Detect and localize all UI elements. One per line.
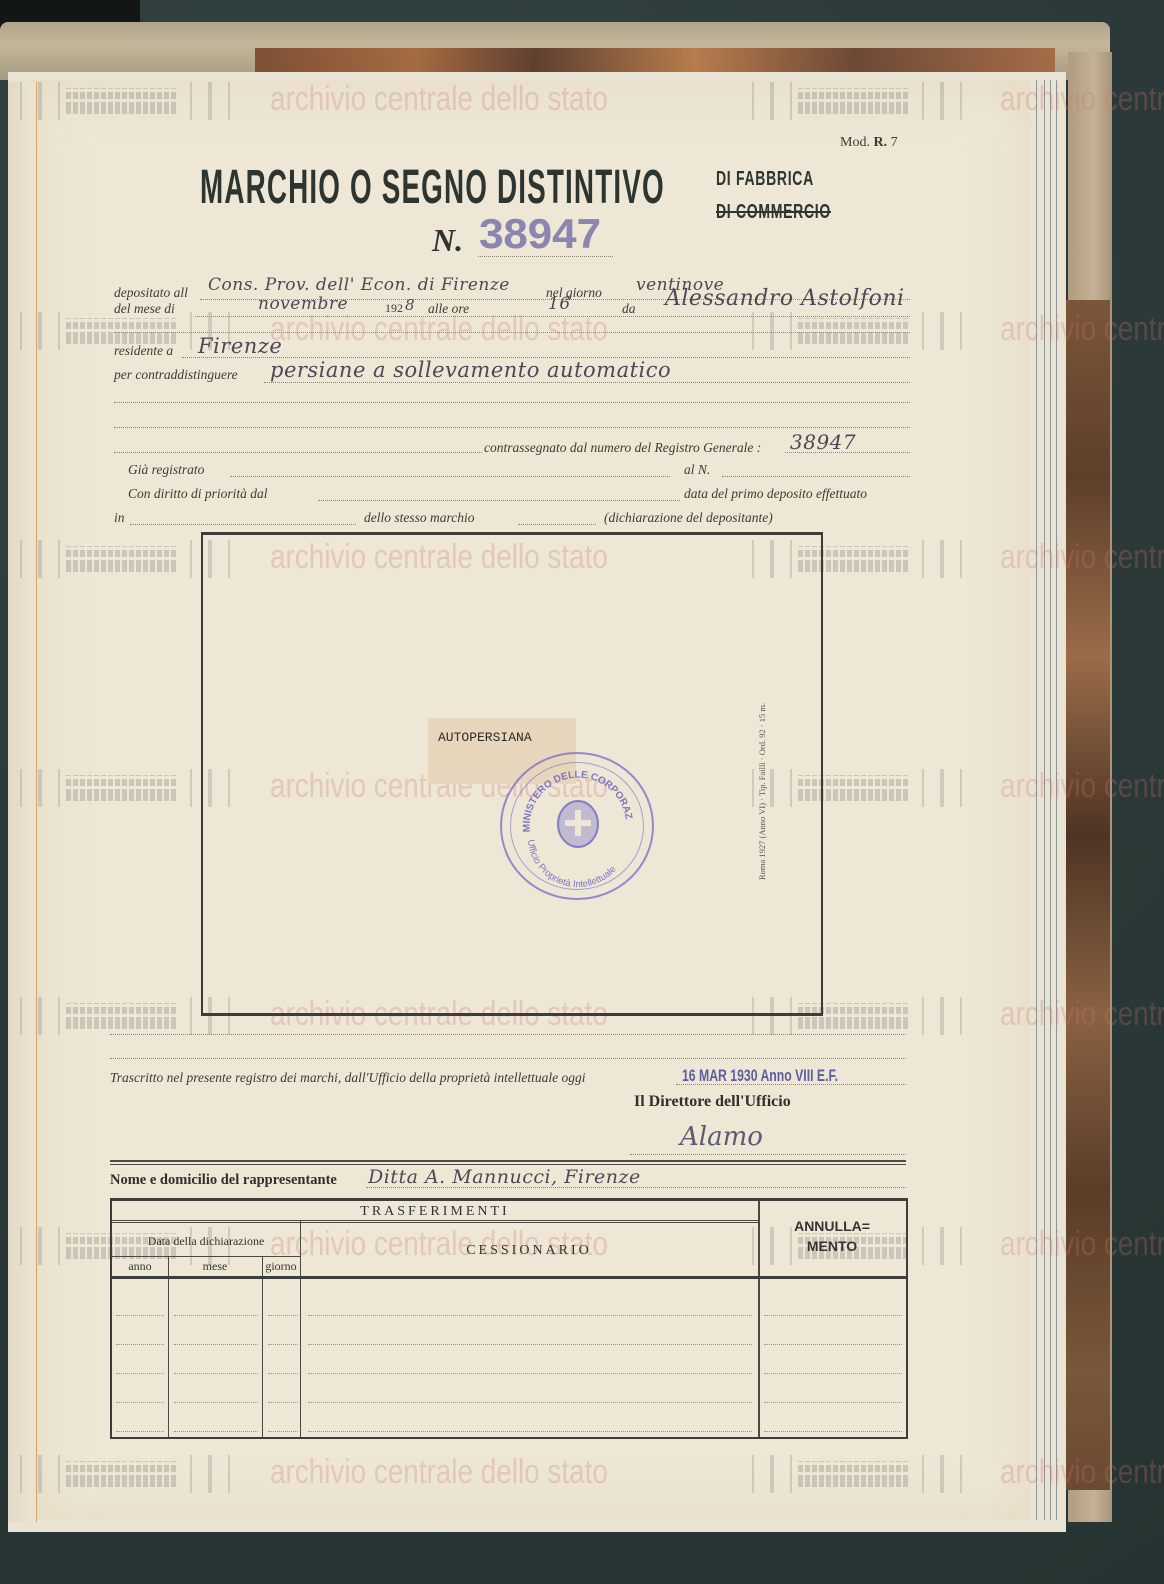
col-anno: anno bbox=[112, 1259, 168, 1274]
col-divider bbox=[168, 1256, 169, 1437]
blank-line bbox=[110, 1034, 906, 1035]
type-commercio-struck: DI COMMERCIO bbox=[716, 201, 831, 224]
month-label: del mese di bbox=[114, 301, 175, 317]
col-annullamento-1: ANNULLA= bbox=[758, 1218, 906, 1234]
declaration-line bbox=[518, 524, 596, 525]
archive-logo-icon bbox=[8, 82, 238, 122]
deposited-at-value[interactable]: Cons. Prov. dell' Econ. di Firenze bbox=[208, 275, 510, 295]
year-suffix[interactable]: 8 bbox=[405, 296, 415, 314]
transfers-table: TRASFERIMENTI Data della dichiarazione a… bbox=[110, 1198, 908, 1439]
col-cessionario: CESSIONARIO bbox=[300, 1243, 758, 1259]
watermark-text: archivio centrale dello stato bbox=[1000, 310, 1164, 349]
general-number-label: contrassegnato dal numero del Registro G… bbox=[484, 440, 761, 456]
deposited-at-label: depositato all bbox=[114, 285, 188, 301]
month-line bbox=[195, 316, 910, 317]
transfers-title: TRASFERIMENTI bbox=[112, 1204, 758, 1220]
priority-label: Con diritto di priorità dal bbox=[128, 486, 268, 502]
al-n-label: al N. bbox=[684, 462, 710, 478]
by-label: da bbox=[622, 301, 636, 317]
watermark-text: archivio centrale dello stato bbox=[1000, 1453, 1164, 1492]
type-fabbrica: DI FABBRICA bbox=[716, 168, 814, 191]
date-header: Data della dichiarazione bbox=[112, 1234, 300, 1249]
year-prefix: 192 bbox=[385, 301, 403, 316]
table-row-line[interactable] bbox=[174, 1431, 258, 1432]
table-row-line[interactable] bbox=[116, 1373, 164, 1374]
table-row-line[interactable] bbox=[764, 1344, 902, 1345]
declaration-label: (dichiarazione del depositante) bbox=[604, 510, 773, 526]
table-row-line[interactable] bbox=[764, 1315, 902, 1316]
director-label: Il Direttore dell'Ufficio bbox=[634, 1093, 791, 1111]
table-row-line[interactable] bbox=[308, 1402, 752, 1403]
table-row-line[interactable] bbox=[308, 1373, 752, 1374]
table-row-line[interactable] bbox=[764, 1402, 902, 1403]
table-row-line[interactable] bbox=[116, 1402, 164, 1403]
model-code: Mod. R. 7 bbox=[840, 135, 898, 151]
table-row-line[interactable] bbox=[174, 1315, 258, 1316]
archive-logo-icon bbox=[8, 1455, 238, 1495]
table-row-line[interactable] bbox=[308, 1344, 752, 1345]
general-number-line bbox=[785, 452, 910, 453]
table-row-line[interactable] bbox=[268, 1431, 298, 1432]
table-row-line[interactable] bbox=[174, 1402, 258, 1403]
in-line bbox=[130, 524, 356, 525]
first-deposit-label: data del primo deposito effettuato bbox=[684, 486, 867, 502]
model-code-prefix: Mod. bbox=[840, 135, 870, 150]
table-row-line[interactable] bbox=[116, 1315, 164, 1316]
trademark-text: AUTOPERSIANA bbox=[438, 730, 532, 745]
trademark-number-stamp: 38947 bbox=[478, 212, 600, 262]
section-divider bbox=[110, 1160, 906, 1165]
table-row-line[interactable] bbox=[116, 1431, 164, 1432]
blank-line bbox=[114, 332, 910, 333]
depositor-name[interactable]: Alessandro Astolfoni bbox=[665, 286, 905, 311]
in-label: in bbox=[114, 510, 125, 526]
purpose-label: per contraddistinguere bbox=[114, 367, 238, 383]
blank-line bbox=[114, 402, 910, 403]
col-annullamento-2: MENTO bbox=[758, 1238, 906, 1254]
watermark-text: archivio centrale dello stato bbox=[1000, 995, 1164, 1034]
marbled-edge-right bbox=[1060, 300, 1110, 1490]
col-mese: mese bbox=[168, 1259, 262, 1274]
purpose-value[interactable]: persiane a sollevamento automatico bbox=[270, 358, 671, 382]
title-divider bbox=[112, 1220, 758, 1223]
representative-line bbox=[366, 1187, 906, 1188]
purpose-line bbox=[264, 382, 910, 383]
archive-logo-icon bbox=[740, 1455, 970, 1495]
general-number-value[interactable]: 38947 bbox=[790, 430, 856, 454]
col-divider bbox=[262, 1256, 263, 1437]
model-code-number: 7 bbox=[891, 135, 898, 150]
archive-logo-icon bbox=[740, 82, 970, 122]
table-row-line[interactable] bbox=[174, 1373, 258, 1374]
table-row-line[interactable] bbox=[764, 1431, 902, 1432]
transcription-label: Trascritto nel presente registro dei mar… bbox=[110, 1070, 585, 1086]
table-row-line[interactable] bbox=[308, 1431, 752, 1432]
month-value[interactable]: novembre bbox=[258, 294, 348, 314]
al-n-line bbox=[722, 476, 910, 477]
table-row-line[interactable] bbox=[268, 1344, 298, 1345]
form-title: MARCHIO O SEGNO DISTINTIVO bbox=[200, 160, 665, 215]
number-prefix: N. bbox=[432, 222, 463, 259]
resident-value[interactable]: Firenze bbox=[198, 334, 282, 358]
printer-note: Roma 1927 (Anno VI) · Tip. Failli · Ord.… bbox=[757, 703, 767, 880]
watermark-text: archivio centrale dello stato bbox=[270, 1453, 608, 1492]
hour-value[interactable]: 16 bbox=[548, 294, 571, 314]
transcription-date-stamp: 16 MAR 1930 Anno VIII E.F. bbox=[682, 1066, 838, 1086]
watermark-text: archivio centrale dello stato bbox=[1000, 80, 1164, 119]
table-row-line[interactable] bbox=[268, 1315, 298, 1316]
table-row-line[interactable] bbox=[174, 1344, 258, 1345]
number-line bbox=[478, 256, 613, 257]
table-row-line[interactable] bbox=[116, 1344, 164, 1345]
blank-line bbox=[110, 1058, 906, 1059]
already-registered-label: Già registrato bbox=[128, 462, 204, 478]
col-giorno: giorno bbox=[262, 1259, 300, 1274]
ministry-stamp: MINISTERO DELLE CORPORAZIONI Ufficio Pro… bbox=[500, 752, 654, 900]
same-mark-label: dello stesso marchio bbox=[364, 510, 475, 526]
watermark-text: archivio centrale dello stato bbox=[270, 80, 608, 119]
date-subheader-divider bbox=[112, 1256, 300, 1257]
signature-line bbox=[630, 1154, 906, 1155]
priority-line bbox=[318, 500, 680, 501]
table-row-line[interactable] bbox=[764, 1373, 902, 1374]
director-signature: Alamo bbox=[680, 1122, 763, 1152]
representative-label: Nome e domicilio del rappresentante bbox=[110, 1172, 337, 1189]
already-registered-line bbox=[230, 476, 670, 477]
coat-of-arms-icon: MINISTERO DELLE CORPORAZIONI Ufficio Pro… bbox=[502, 754, 652, 898]
hour-label: alle ore bbox=[428, 301, 469, 317]
watermark-text: archivio centrale dello stato bbox=[1000, 538, 1164, 577]
table-row-line[interactable] bbox=[268, 1402, 298, 1403]
watermark-text: archivio centrale dello stato bbox=[1000, 1225, 1164, 1264]
blank-line bbox=[114, 427, 910, 428]
header-bottom-rule bbox=[112, 1276, 906, 1279]
blank-line bbox=[114, 452, 482, 453]
resident-label: residente a bbox=[114, 343, 173, 359]
table-row-line[interactable] bbox=[308, 1315, 752, 1316]
watermark-text: archivio centrale dello stato bbox=[1000, 767, 1164, 806]
table-row-line[interactable] bbox=[268, 1373, 298, 1374]
model-code-letter: R. bbox=[873, 135, 887, 150]
representative-value[interactable]: Ditta A. Mannucci, Firenze bbox=[368, 1166, 641, 1188]
col-divider bbox=[758, 1201, 760, 1437]
